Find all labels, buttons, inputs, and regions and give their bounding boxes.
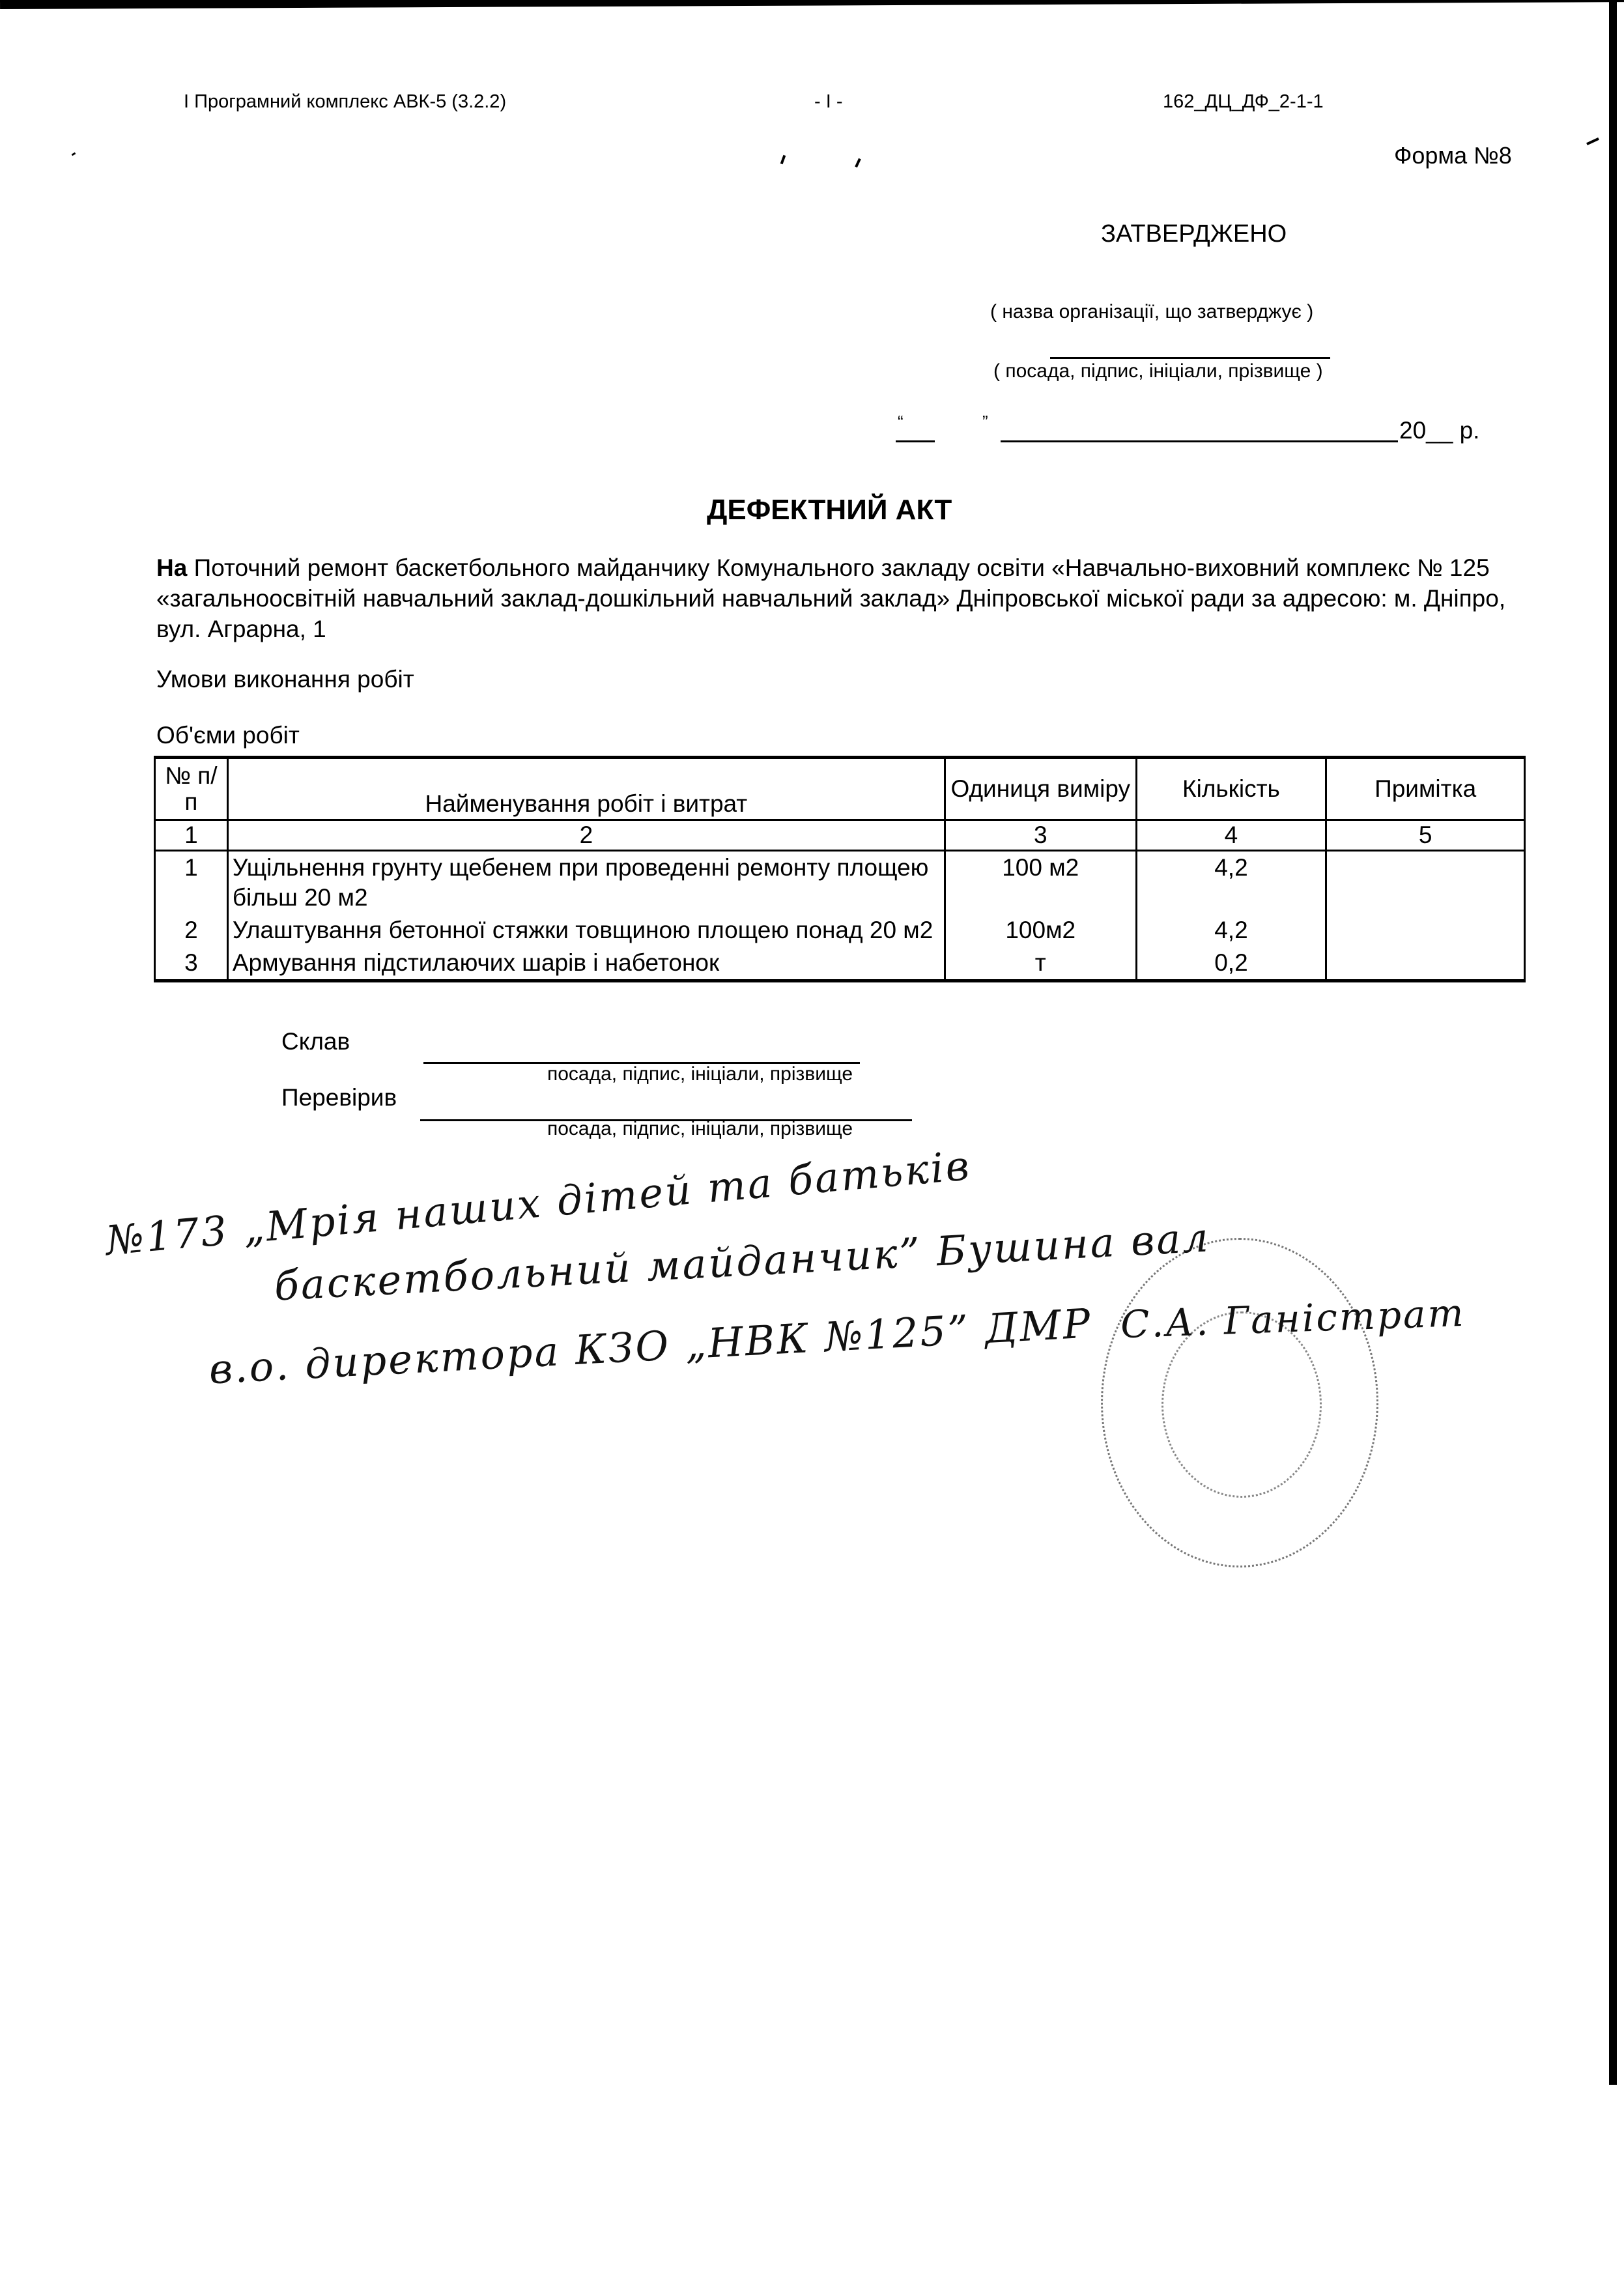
row-unit: 100 м2 xyxy=(945,851,1136,915)
org-caption: ( назва організації, що затверджує ) xyxy=(990,301,1313,323)
col-num-1: 1 xyxy=(155,820,228,851)
approver-caption: ( посада, підпис, ініціали, прізвище ) xyxy=(993,360,1323,382)
handwritten-line-3: в.о. директора КЗО „НВК №125” ДМР xyxy=(208,1300,1093,1394)
scan-speck xyxy=(1586,137,1599,145)
approval-title: ЗАТВЕРДЖЕНО xyxy=(1101,220,1287,248)
col-num-4: 4 xyxy=(1136,820,1326,851)
checked-caption: посада, підпис, ініціали, прізвище xyxy=(547,1118,853,1140)
date-month-line xyxy=(1001,440,1398,442)
scan-speck xyxy=(855,158,861,167)
col-num-3: 3 xyxy=(945,820,1136,851)
approver-signature-line xyxy=(1050,357,1330,359)
date-year: 20__ р. xyxy=(1399,417,1479,444)
scan-right-border xyxy=(1609,0,1617,2085)
document-title: ДЕФЕКТНИЙ АКТ xyxy=(707,494,952,526)
volumes-label: Об'єми робіт xyxy=(156,722,300,749)
subject-paragraph: На Поточний ремонт баскетбольного майдан… xyxy=(156,552,1524,644)
row-num: 2 xyxy=(155,914,228,947)
table-header-row: № п/п Найменування робіт і витрат Одиниц… xyxy=(155,758,1525,820)
page-number: - І - xyxy=(814,91,843,113)
column-number-row: 1 2 3 4 5 xyxy=(155,820,1525,851)
scan-speck xyxy=(72,152,76,156)
conditions-label: Умови виконання робіт xyxy=(156,666,414,693)
date-open-quote: “ xyxy=(898,412,904,432)
header-name: Найменування робіт і витрат xyxy=(227,758,945,820)
date-day-line xyxy=(896,440,935,442)
col-num-2: 2 xyxy=(227,820,945,851)
row-num: 3 xyxy=(155,947,228,981)
compiled-caption: посада, підпис, ініціали, прізвище xyxy=(547,1063,853,1085)
round-seal-stamp xyxy=(1101,1238,1378,1567)
row-qty: 4,2 xyxy=(1136,914,1326,947)
scan-speck xyxy=(780,155,786,165)
row-note xyxy=(1326,947,1525,981)
row-qty: 4,2 xyxy=(1136,851,1326,915)
header-qty: Кількість xyxy=(1136,758,1326,820)
scan-top-border xyxy=(0,0,1624,9)
document-code: 162_ДЦ_ДФ_2-1-1 xyxy=(1163,91,1324,113)
row-note xyxy=(1326,914,1525,947)
row-note xyxy=(1326,851,1525,915)
row-qty: 0,2 xyxy=(1136,947,1326,981)
works-table: № п/п Найменування робіт і витрат Одиниц… xyxy=(154,756,1526,982)
row-unit: 100м2 xyxy=(945,914,1136,947)
header-num: № п/п xyxy=(155,758,228,820)
compiled-label: Склав xyxy=(281,1028,350,1055)
row-unit: т xyxy=(945,947,1136,981)
checked-label: Перевірив xyxy=(281,1084,397,1111)
software-label: І Програмний комплекс АВК-5 (3.2.2) xyxy=(184,91,506,113)
col-num-5: 5 xyxy=(1326,820,1525,851)
table-row: 2 Улаштування бетонної стяжки товщиною п… xyxy=(155,914,1525,947)
subject-prefix: На xyxy=(156,554,187,581)
row-num: 1 xyxy=(155,851,228,915)
header-unit: Одиниця виміру xyxy=(945,758,1136,820)
date-close-quote: ” xyxy=(982,412,988,432)
table-row: 3 Армування підстилаючих шарів і набетон… xyxy=(155,947,1525,981)
row-name: Ущільнення грунту щебенем при проведенні… xyxy=(227,851,945,915)
table-row: 1 Ущільнення грунту щебенем при проведен… xyxy=(155,851,1525,915)
header-note: Примітка xyxy=(1326,758,1525,820)
row-name: Армування підстилаючих шарів і набетонок xyxy=(227,947,945,981)
subject-text: Поточний ремонт баскетбольного майданчик… xyxy=(156,554,1505,642)
form-number: Форма №8 xyxy=(1394,142,1512,169)
row-name: Улаштування бетонної стяжки товщиною пло… xyxy=(227,914,945,947)
